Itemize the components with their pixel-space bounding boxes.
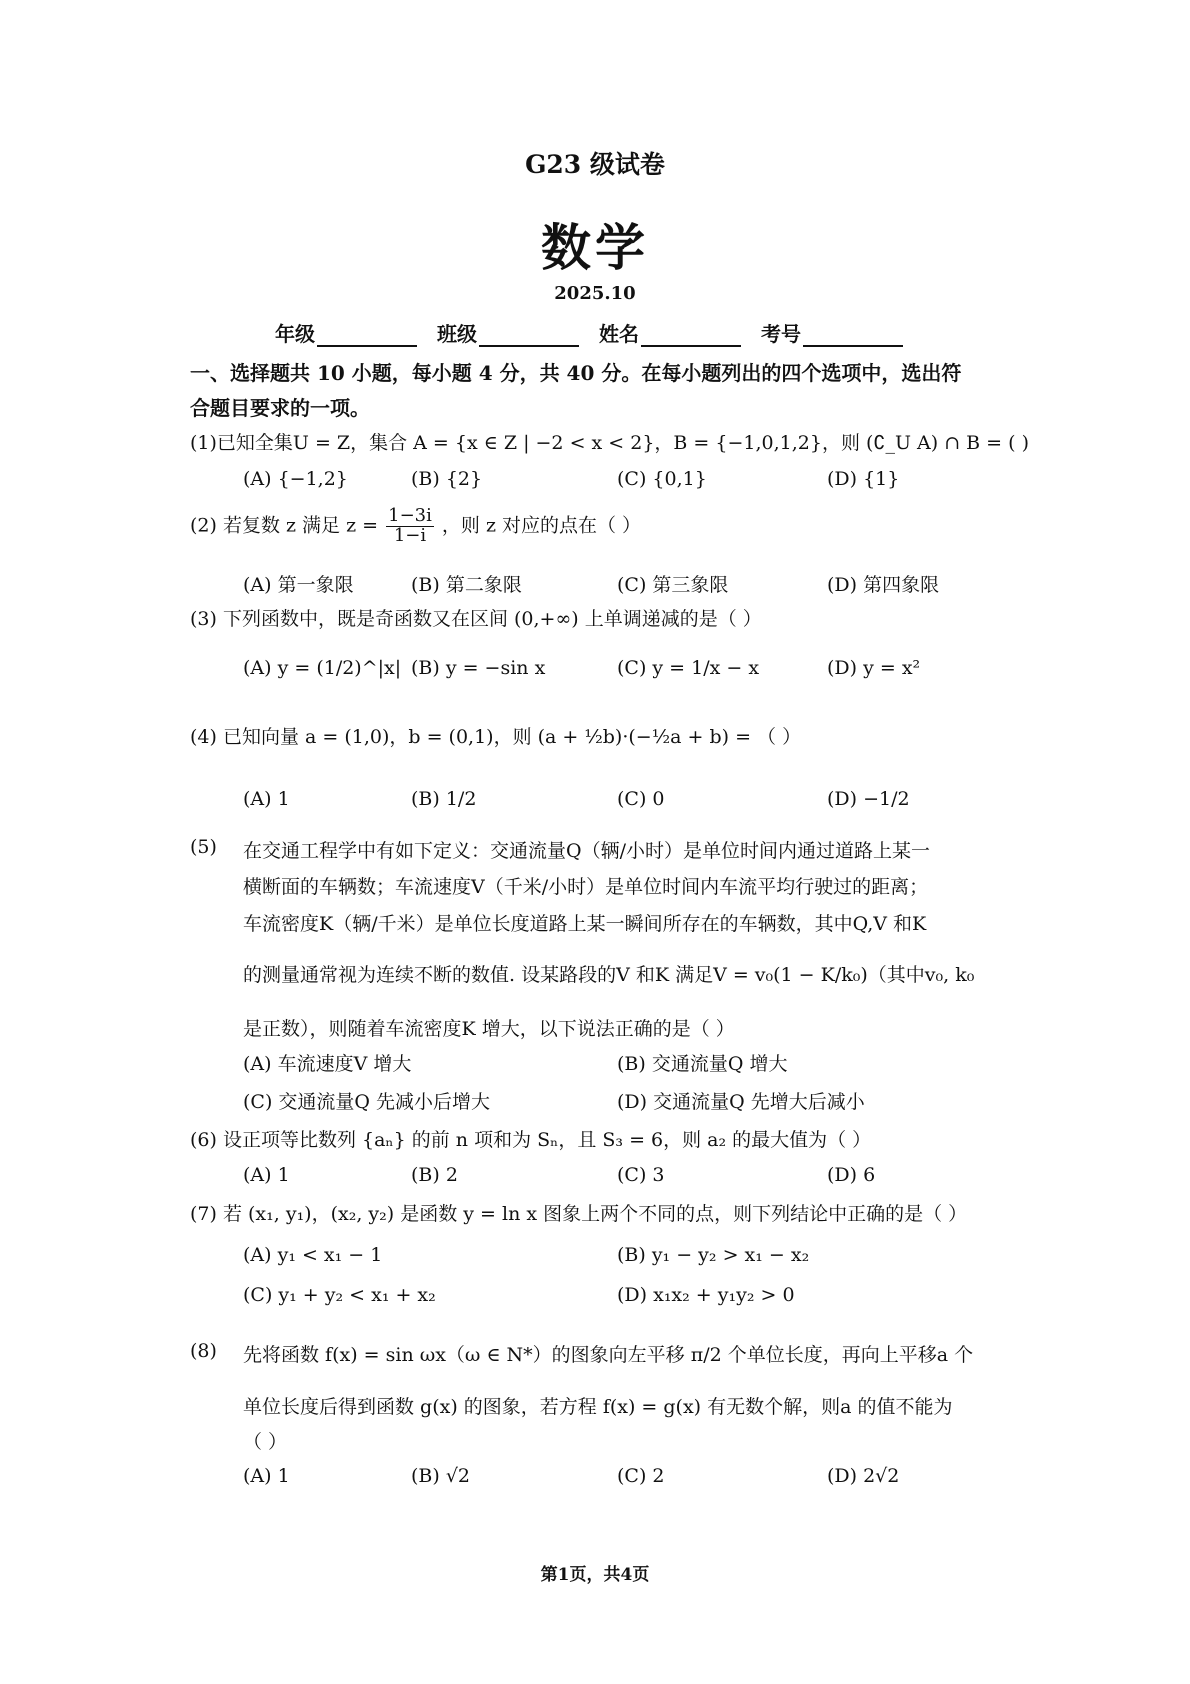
question-8-option-b[interactable]: (B) √2 xyxy=(411,1465,470,1487)
question-5-line-3: 车流密度K（辆/千米）是单位长度道路上某一瞬间所存在的车辆数，其中Q,V 和K xyxy=(243,909,926,936)
question-4-stem: (4) 已知向量 a = (1,0)，b = (0,1)，则 (a + ½b)·… xyxy=(190,722,801,749)
question-2-option-b[interactable]: (B) 第二象限 xyxy=(411,570,522,597)
question-4-option-d[interactable]: (D) −1/2 xyxy=(827,788,910,810)
question-4-text: 已知向量 a = (1,0)，b = (0,1)，则 (a + ½b)·(−½a… xyxy=(223,726,801,748)
question-6-option-a[interactable]: (A) 1 xyxy=(243,1164,290,1186)
question-8-number: (8) xyxy=(190,1340,217,1362)
question-8-answer-bracket: （ ） xyxy=(243,1427,287,1454)
question-3-option-d[interactable]: (D) y = x² xyxy=(827,657,920,679)
question-7-stem: (7) 若 (x₁, y₁)，(x₂, y₂) 是函数 y = ln x 图象上… xyxy=(190,1199,967,1226)
question-4-number: (4) xyxy=(190,726,217,748)
class-field[interactable]: 班级 xyxy=(437,318,579,347)
question-8-option-c[interactable]: (C) 2 xyxy=(617,1465,665,1487)
question-6-option-d[interactable]: (D) 6 xyxy=(827,1164,875,1186)
question-3-option-b[interactable]: (B) y = −sin x xyxy=(411,657,545,679)
question-3-stem: (3) 下列函数中，既是奇函数又在区间 (0,+∞) 上单调递减的是（ ） xyxy=(190,604,762,631)
student-info-fields: 年级 班级 姓名 考号 xyxy=(275,318,903,347)
grade-label: 年级 xyxy=(275,318,315,347)
question-1-option-b[interactable]: (B) {2} xyxy=(411,468,482,490)
question-6-option-b[interactable]: (B) 2 xyxy=(411,1164,458,1186)
question-2-stem-pre: 若复数 z 满足 z = xyxy=(223,514,378,536)
question-5-option-c[interactable]: (C) 交通流量Q 先减小后增大 xyxy=(243,1087,490,1114)
question-2-stem-post: ，则 z 对应的点在（ ） xyxy=(442,514,641,536)
question-7-option-d[interactable]: (D) x₁x₂ + y₁y₂ > 0 xyxy=(617,1284,795,1306)
question-7-option-a[interactable]: (A) y₁ < x₁ − 1 xyxy=(243,1244,382,1266)
question-5-line-4: 的测量通常视为连续不断的数值. 设某路段的V 和K 满足V = v₀(1 − K… xyxy=(243,960,974,987)
question-2-option-a[interactable]: (A) 第一象限 xyxy=(243,570,354,597)
question-8-option-a[interactable]: (A) 1 xyxy=(243,1465,290,1487)
question-5-option-d[interactable]: (D) 交通流量Q 先增大后减小 xyxy=(617,1087,865,1114)
question-5-number: (5) xyxy=(190,836,217,858)
question-8-line-1: 先将函数 f(x) = sin ωx（ω ∈ N*）的图象向左平移 π/2 个单… xyxy=(243,1340,973,1367)
exam-number-label: 考号 xyxy=(761,318,801,347)
question-7-option-b[interactable]: (B) y₁ − y₂ > x₁ − x₂ xyxy=(617,1244,809,1266)
question-7-text: 若 (x₁, y₁)，(x₂, y₂) 是函数 y = ln x 图象上两个不同… xyxy=(223,1203,967,1225)
question-6-text: 设正项等比数列 {aₙ} 的前 n 项和为 Sₙ，且 S₃ = 6，则 a₂ 的… xyxy=(223,1129,871,1151)
name-field[interactable]: 姓名 xyxy=(599,318,741,347)
question-3-text: 下列函数中，既是奇函数又在区间 (0,+∞) 上单调递减的是（ ） xyxy=(223,608,762,630)
exam-title: G23 级试卷 xyxy=(0,145,1190,181)
question-3-option-c[interactable]: (C) y = 1/x − x xyxy=(617,657,759,679)
section-instructions-line2: 合题目要求的一项。 xyxy=(190,392,370,421)
fraction-numerator: 1−3i xyxy=(386,507,434,527)
page-number: 第1页，共4页 xyxy=(0,1560,1190,1585)
question-2-fraction: 1−3i1−i xyxy=(386,507,434,546)
exam-date: 2025.10 xyxy=(0,283,1190,304)
question-3-number: (3) xyxy=(190,608,217,630)
question-1-option-c[interactable]: (C) {0,1} xyxy=(617,468,707,490)
fraction-denominator: 1−i xyxy=(386,527,434,546)
question-1-stem: (1)已知全集U = Z，集合 A = {x ∈ Z | −2 < x < 2}… xyxy=(190,428,1029,455)
question-4-option-c[interactable]: (C) 0 xyxy=(617,788,665,810)
exam-number-blank[interactable] xyxy=(803,325,903,347)
question-5-line-1: 在交通工程学中有如下定义：交通流量Q（辆/小时）是单位时间内通过道路上某一 xyxy=(243,836,930,863)
question-3-option-a[interactable]: (A) y = (1/2)^|x| xyxy=(243,657,401,679)
grade-blank[interactable] xyxy=(317,325,417,347)
name-blank[interactable] xyxy=(641,325,741,347)
grade-field[interactable]: 年级 xyxy=(275,318,417,347)
class-blank[interactable] xyxy=(479,325,579,347)
question-7-option-c[interactable]: (C) y₁ + y₂ < x₁ + x₂ xyxy=(243,1284,436,1306)
question-5-option-a[interactable]: (A) 车流速度V 增大 xyxy=(243,1049,411,1076)
question-1-option-d[interactable]: (D) {1} xyxy=(827,468,899,490)
section-instructions-line1: 一、选择题共 10 小题，每小题 4 分，共 40 分。在每小题列出的四个选项中… xyxy=(190,357,961,386)
exam-number-field[interactable]: 考号 xyxy=(761,318,903,347)
question-2-option-c[interactable]: (C) 第三象限 xyxy=(617,570,728,597)
subject-title: 数学 xyxy=(0,208,1190,280)
question-2-stem: (2) 若复数 z 满足 z = 1−3i1−i ，则 z 对应的点在（ ） xyxy=(190,507,641,546)
question-8-line-2: 单位长度后得到函数 g(x) 的图象，若方程 f(x) = g(x) 有无数个解… xyxy=(243,1392,953,1419)
class-label: 班级 xyxy=(437,318,477,347)
question-5-line-5: 是正数），则随着车流密度K 增大，以下说法正确的是（ ） xyxy=(243,1014,735,1041)
question-6-number: (6) xyxy=(190,1129,217,1151)
question-6-option-c[interactable]: (C) 3 xyxy=(617,1164,665,1186)
question-7-number: (7) xyxy=(190,1203,217,1225)
question-2-option-d[interactable]: (D) 第四象限 xyxy=(827,570,939,597)
question-6-stem: (6) 设正项等比数列 {aₙ} 的前 n 项和为 Sₙ，且 S₃ = 6，则 … xyxy=(190,1125,871,1152)
question-4-option-a[interactable]: (A) 1 xyxy=(243,788,290,810)
question-1-option-a[interactable]: (A) {−1,2} xyxy=(243,468,348,490)
question-8-option-d[interactable]: (D) 2√2 xyxy=(827,1465,899,1487)
question-5-option-b[interactable]: (B) 交通流量Q 增大 xyxy=(617,1049,787,1076)
name-label: 姓名 xyxy=(599,318,639,347)
question-5-line-2: 横断面的车辆数；车流速度V（千米/小时）是单位时间内车流平均行驶过的距离； xyxy=(243,872,928,899)
question-2-number: (2) xyxy=(190,514,217,536)
question-4-option-b[interactable]: (B) 1/2 xyxy=(411,788,476,810)
